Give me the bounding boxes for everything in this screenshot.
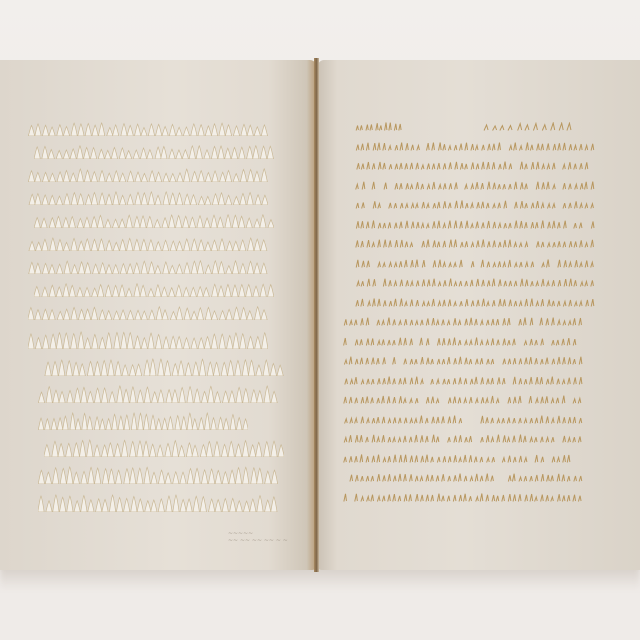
- mark-row: [343, 434, 583, 444]
- mark-row: [44, 439, 284, 457]
- mark-row: [343, 454, 583, 464]
- artist-signature: ~~~~~ ~~ ~~ ~~ ~~ ~ ~: [228, 530, 288, 544]
- mark-row: [28, 306, 268, 320]
- mark-row: [38, 385, 278, 403]
- mark-row: [355, 220, 595, 230]
- signature-line-1: ~~~~~: [228, 530, 288, 537]
- mark-row: [343, 317, 583, 327]
- mark-row: [28, 331, 268, 349]
- mark-row: [355, 298, 595, 308]
- mark-row: [355, 161, 595, 171]
- mark-row: [44, 358, 284, 376]
- mark-row: [38, 494, 278, 512]
- mark-row: [28, 237, 268, 251]
- mark-row: [355, 122, 403, 132]
- mark-row: [343, 473, 583, 483]
- mark-row: [355, 239, 595, 249]
- mark-row: [343, 376, 583, 386]
- mark-row: [343, 356, 583, 366]
- mark-row: [343, 395, 583, 405]
- mark-row: [355, 142, 595, 152]
- mark-row: [28, 122, 268, 136]
- mark-row: [355, 200, 595, 210]
- mark-row: [28, 260, 268, 274]
- mark-row: [355, 259, 595, 269]
- mark-row: [28, 168, 268, 182]
- mark-row: [343, 415, 583, 425]
- mark-row: [343, 337, 583, 347]
- mark-row: [482, 122, 582, 132]
- signature-line-2: ~~ ~~ ~~ ~~ ~ ~: [228, 537, 288, 544]
- book-spine: [314, 58, 319, 572]
- mark-row: [34, 214, 274, 228]
- mark-row: [343, 493, 583, 503]
- mark-row: [34, 283, 274, 297]
- mark-row: [38, 466, 278, 484]
- mark-row: [355, 181, 595, 191]
- mark-row: [34, 145, 274, 159]
- mark-row: [38, 412, 248, 430]
- mark-row: [355, 278, 595, 288]
- mark-row: [28, 191, 268, 205]
